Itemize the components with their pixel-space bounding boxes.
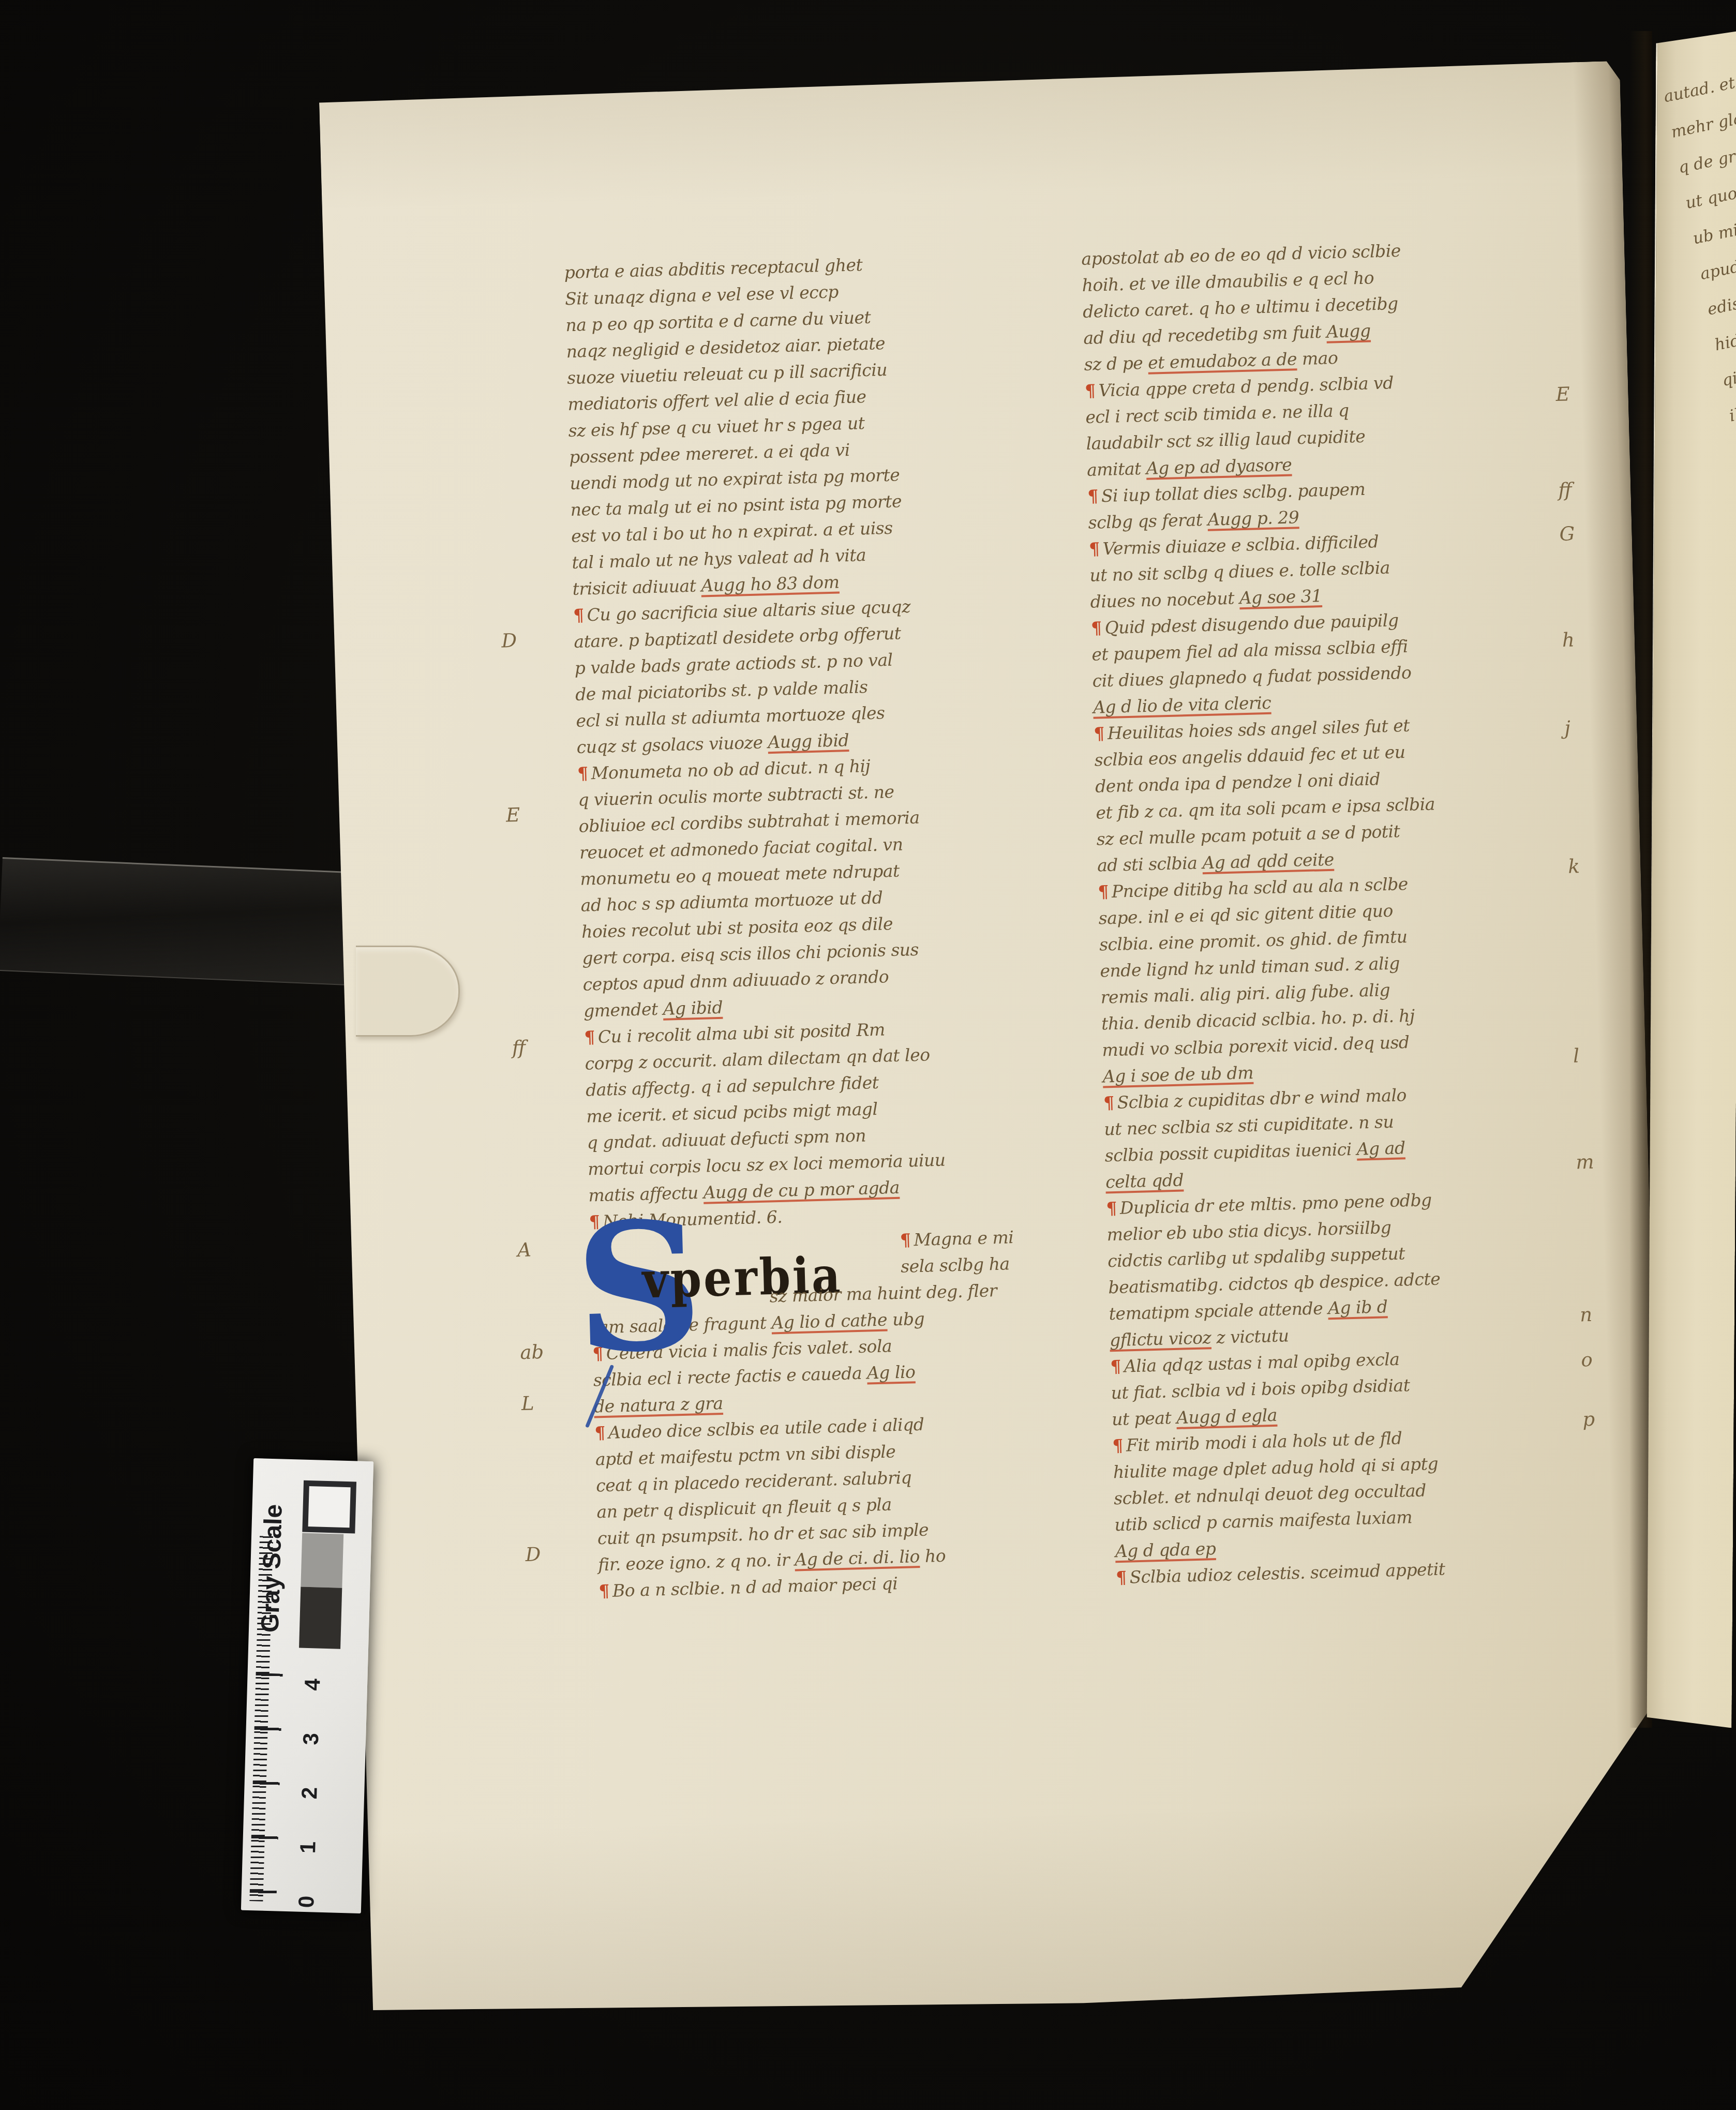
red-underlined-citation: Augg p. 29 — [1207, 507, 1299, 530]
red-underlined-citation: Ag ad qdd ceite — [1202, 849, 1334, 873]
plastic-holder-tip — [356, 946, 460, 1037]
red-underlined-citation: Ag ib d — [1328, 1296, 1388, 1318]
superbia-section: S vperbia ¶Magna e mi sela sclbg ha sz m… — [589, 1223, 1057, 1314]
ruler-number: 1 — [295, 1831, 321, 1854]
red-underlined-citation: celta qdd — [1105, 1170, 1184, 1192]
red-underlined-citation: gflictu vicoz — [1110, 1327, 1211, 1350]
red-pilcrow-mark: ¶ — [1116, 1567, 1130, 1588]
gray-scale-patches — [253, 1458, 373, 1461]
red-pilcrow-mark: ¶ — [584, 1027, 598, 1047]
margin-index-letter: L — [521, 1392, 534, 1415]
ruler-numbers — [253, 1458, 373, 1461]
red-underlined-citation: Ag d qda ep — [1115, 1538, 1216, 1561]
black-patch — [299, 1587, 342, 1649]
red-underlined-citation: Ag ep ad dyasore — [1146, 455, 1292, 478]
text-line: sela sclbg ha — [901, 1250, 1010, 1279]
red-pilcrow-mark: ¶ — [900, 1230, 914, 1250]
text-line: ¶Magna e mi — [900, 1224, 1014, 1253]
red-underlined-citation: Ag lio — [866, 1361, 915, 1383]
photograph-backdrop: DEffAabLD porta e aias abditis receptacu… — [0, 0, 1736, 2110]
ruler-number: 2 — [297, 1776, 322, 1800]
red-pilcrow-mark: ¶ — [573, 605, 588, 625]
red-pilcrow-mark: ¶ — [1098, 881, 1112, 902]
margin-index-letter: h — [1562, 628, 1575, 651]
red-underlined-citation: Ag lio d cathe — [771, 1310, 888, 1333]
ruler-number: 3 — [298, 1722, 324, 1745]
margin-index-letter: D — [501, 630, 517, 652]
red-underlined-citation: Ag d lio de vita cleric — [1093, 693, 1271, 717]
red-pilcrow-mark: ¶ — [1110, 1356, 1125, 1377]
red-underlined-citation: Augg de cu p mor agda — [703, 1177, 900, 1203]
manuscript-page: DEffAabLD porta e aias abditis receptacu… — [317, 61, 1670, 2024]
margin-index-letter: l — [1573, 1044, 1580, 1067]
margin-index-letter: G — [1559, 522, 1575, 545]
margin-index-letter: k — [1568, 855, 1580, 878]
margin-index-letter: p — [1582, 1408, 1595, 1431]
margin-index-letter: n — [1580, 1304, 1593, 1326]
text-column-left: porta e aias abditis receptacul ghetSit … — [564, 247, 1065, 1605]
red-underlined-citation: Ag de ci. di. lio — [795, 1546, 920, 1569]
red-pilcrow-mark: ¶ — [1094, 723, 1108, 744]
ruler-number: 4 — [300, 1668, 325, 1691]
red-pilcrow-mark: ¶ — [594, 1423, 609, 1443]
white-patch — [302, 1480, 356, 1534]
red-pilcrow-mark: ¶ — [1103, 1093, 1118, 1113]
red-underlined-citation: Ag ad — [1356, 1138, 1405, 1159]
red-pilcrow-mark: ¶ — [598, 1581, 613, 1602]
margin-index-letter: D — [525, 1543, 541, 1566]
margin-index-letter: ab — [520, 1341, 544, 1364]
plastic-holder-arm — [0, 857, 377, 986]
margin-index-letter: ff — [1558, 478, 1572, 501]
red-underlined-citation: Augg ibid — [768, 730, 849, 752]
red-underlined-citation: Ag i soe de ub dm — [1102, 1063, 1253, 1087]
ruler-number: 0 — [294, 1884, 319, 1908]
margin-index-letter: E — [1555, 383, 1570, 406]
red-pilcrow-mark: ¶ — [577, 763, 592, 784]
text-column-right: apostolat ab eo de eo qd d vicio sclbieh… — [1081, 234, 1577, 1591]
left-column-upper-lines: porta e aias abditis receptacul ghetSit … — [564, 247, 1055, 1235]
red-underlined-citation: Augg — [1326, 320, 1371, 341]
red-pilcrow-mark: ¶ — [1112, 1435, 1127, 1456]
red-underlined-citation: Ag ibid — [663, 997, 723, 1019]
margin-index-letter: o — [1581, 1349, 1593, 1371]
red-underlined-citation: Ag soe 31 — [1239, 586, 1322, 608]
red-pilcrow-mark: ¶ — [1087, 486, 1102, 506]
margin-index-letter: A — [517, 1239, 532, 1262]
margin-index-letter: ff — [512, 1037, 526, 1059]
margin-index-letter: E — [506, 804, 520, 827]
red-pilcrow-mark: ¶ — [1106, 1198, 1120, 1219]
red-underlined-citation: et emudaboz a de — [1148, 349, 1297, 373]
red-pilcrow-mark: ¶ — [1091, 618, 1105, 638]
gray-scale-card: Gray Scale 43210 — [241, 1458, 373, 1913]
red-pilcrow-mark: ¶ — [1089, 538, 1103, 559]
red-pilcrow-mark: ¶ — [1085, 380, 1099, 401]
red-underlined-citation: Augg d egla — [1176, 1405, 1278, 1428]
next-leaf-edge: autad. et qi admehr glam et pq de gra et… — [1644, 29, 1736, 1728]
ruler-ticks-cm — [249, 1673, 282, 1901]
next-leaf-text: autad. et qi admehr glam et pq de gra et… — [1660, 35, 1736, 1605]
margin-index-letter: m — [1576, 1151, 1594, 1174]
red-underlined-citation: Augg ho 83 dom — [701, 572, 840, 595]
gray-patch — [301, 1533, 343, 1588]
red-underlined-citation: de natura z gra — [594, 1393, 723, 1417]
margin-index-letter: j — [1564, 717, 1571, 739]
